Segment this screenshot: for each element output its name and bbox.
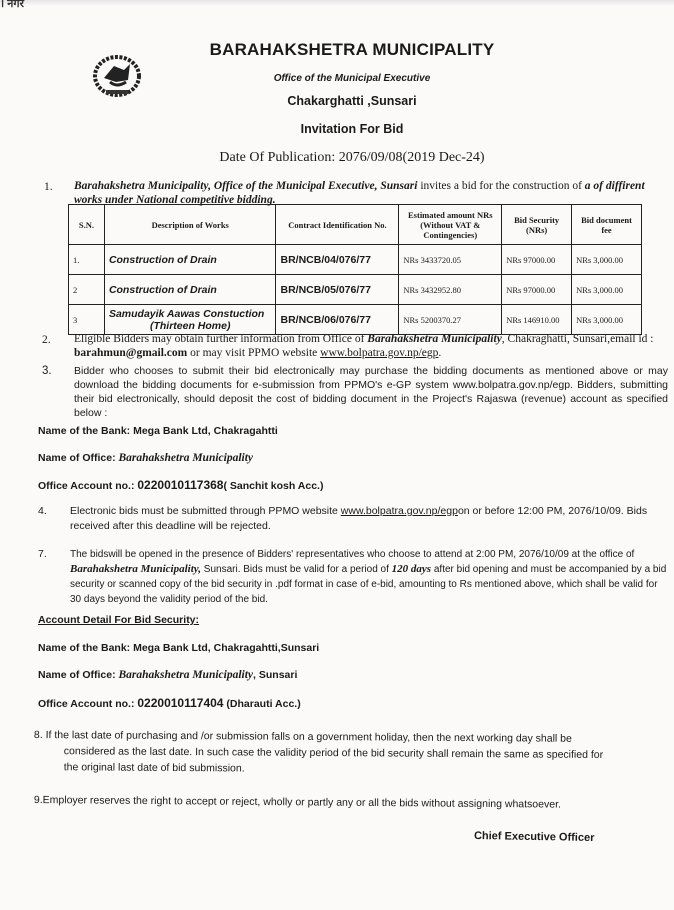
office-label: Name of Office: <box>38 452 119 464</box>
cell-estimate: NRs 3432952.80 <box>399 275 502 305</box>
cell-sn: 2 <box>69 275 105 305</box>
address: Chakarghatti ,Sunsari <box>0 94 674 108</box>
municipality-name: Barahakshetra Municipality <box>367 333 502 345</box>
publication-date: Date Of Publication: 2076/09/08(2019 Dec… <box>0 150 674 166</box>
municipality-name: Barahakshetra Municipality, <box>70 563 201 575</box>
ppmo-website-link[interactable]: www.bolpatra.gov.np/egp <box>320 347 438 359</box>
cell-work: Construction of Drain <box>104 245 276 275</box>
security-account-heading: Account Detail For Bid Security: <box>38 614 199 626</box>
work-title: Construction of Drain <box>109 254 217 266</box>
table-header-row: S.N. Description of Works Contract Ident… <box>69 205 642 245</box>
signature-title: Chief Executive Officer <box>474 830 595 844</box>
validity-days: 120 days <box>392 563 431 575</box>
revenue-account-number: Office Account no.: 0220010117368( Sanch… <box>38 478 323 492</box>
office-name: Barahakshetra Municipality <box>119 669 254 681</box>
clause-4: Electronic bids must be submitted throug… <box>70 504 666 534</box>
account-number: 0220010117404 <box>137 696 223 710</box>
account-note: ( Sanchit kosh Acc.) <box>223 480 323 492</box>
clause-1-lead: Barahakshetra Municipality, Office of th… <box>74 180 417 192</box>
cell-fee: NRs 3,000.00 <box>572 305 642 335</box>
account-number: 0220010117368 <box>137 478 223 492</box>
email-link[interactable]: barahmun@gmail.com <box>74 347 187 359</box>
office-subtitle: Office of the Municipal Executive <box>0 73 674 84</box>
ppmo-website-link[interactable]: www.bolpatra.gov.np/egp <box>341 505 458 517</box>
cell-sn: 1. <box>69 245 105 275</box>
security-account-number: Office Account no.: 0220010117404 (Dhara… <box>38 696 301 710</box>
cell-work: Samudayik Aawas Constuction(Thirteen Hom… <box>104 305 276 335</box>
clause-1-middle: invites a bid for the construction of <box>417 180 584 192</box>
work-title: Construction of Drain <box>109 284 217 296</box>
header-estimate: Estimated amount NRs (Without VAT & Cont… <box>399 205 502 245</box>
clause-3: Bidder who chooses to submit their bid e… <box>74 364 668 420</box>
security-office-name: Name of Office: Barahakshetra Municipali… <box>38 669 297 681</box>
clause-7-text: Sunsari. Bids must be valid for a period… <box>201 564 392 575</box>
page-title: BARAHAKSHETRA MUNICIPALITY <box>0 40 674 60</box>
header-description: Description of Works <box>104 205 276 245</box>
clause-number: 2. <box>42 334 51 346</box>
cell-fee: NRs 3,000.00 <box>572 275 642 305</box>
cell-contract: BR/NCB/04/076/77 <box>276 245 399 275</box>
clause-number: 3. <box>42 365 52 377</box>
cell-estimate: NRs 3433720.05 <box>399 245 502 275</box>
clause-number: 4. <box>38 505 47 517</box>
cell-estimate: NRs 5200370.27 <box>399 305 502 335</box>
clause-8-continuation: considered as the last date. In such cas… <box>34 743 604 779</box>
cell-sn: 3 <box>69 305 105 335</box>
clause-2-text: Eligible Bidders may obtain further info… <box>74 333 367 345</box>
notice-type: Invitation For Bid <box>0 122 674 136</box>
office-name: Barahakshetra Municipality <box>119 452 254 464</box>
office-label: Name of Office: <box>38 669 119 681</box>
clause-number: 7. <box>38 548 47 560</box>
security-bank-name: Name of the Bank: Mega Bank Ltd, Chakrag… <box>38 642 319 654</box>
header-security: Bid Security (NRs) <box>502 205 572 245</box>
table-row: 3 Samudayik Aawas Constuction(Thirteen H… <box>69 305 642 335</box>
cell-security: NRs 97000.00 <box>502 245 572 275</box>
clause-9: 9.Employer reserves the right to accept … <box>34 793 634 812</box>
cell-contract: BR/NCB/05/076/77 <box>276 275 399 305</box>
clause-2-text: . <box>438 347 441 359</box>
scan-edge <box>0 0 674 6</box>
clause-8-first-line: 8. If the last date of purchasing and /o… <box>34 729 572 745</box>
account-label: Office Account no.: <box>38 698 137 710</box>
office-suffix: , Sunsari <box>253 669 297 681</box>
clause-number: 1. <box>44 181 53 193</box>
cell-fee: NRs 3,000.00 <box>572 245 642 275</box>
revenue-office-name: Name of Office: Barahakshetra Municipali… <box>38 452 253 464</box>
clause-7: The bidswill be opened in the presence o… <box>70 547 670 607</box>
cell-contract: BR/NCB/06/076/77 <box>276 305 399 335</box>
work-title: Samudayik Aawas Constuction <box>109 308 264 320</box>
cell-security: NRs 146910.00 <box>502 305 572 335</box>
revenue-bank-name: Name of the Bank: Mega Bank Ltd, Chakrag… <box>38 425 278 437</box>
clause-2: Eligible Bidders may obtain further info… <box>74 332 668 360</box>
clause-4-text: Electronic bids must be submitted throug… <box>70 505 341 517</box>
bid-table: S.N. Description of Works Contract Ident… <box>68 204 642 335</box>
header-fee: Bid document fee <box>572 205 642 245</box>
cell-security: NRs 97000.00 <box>502 275 572 305</box>
header-sn: S.N. <box>69 205 105 245</box>
cell-work: Construction of Drain <box>104 275 276 305</box>
account-label: Office Account no.: <box>38 480 137 492</box>
clause-8: 8. If the last date of purchasing and /o… <box>34 727 604 779</box>
clause-2-text: or may visit PPMO website <box>187 347 320 359</box>
clause-2-text: , Chakraghatti, Sunsari,email id : <box>502 333 654 345</box>
work-subtitle: (Thirteen Home) <box>109 320 272 332</box>
table-row: 2 Construction of Drain BR/NCB/05/076/77… <box>69 275 642 305</box>
account-note: (Dharauti Acc.) <box>223 698 300 710</box>
header-contract: Contract Identification No. <box>276 205 399 245</box>
table-row: 1. Construction of Drain BR/NCB/04/076/7… <box>69 245 642 275</box>
clause-1: Barahakshetra Municipality, Office of th… <box>74 179 664 207</box>
clause-7-text: The bidswill be opened in the presence o… <box>70 549 634 560</box>
corner-fragment: । नगर <box>0 0 24 11</box>
